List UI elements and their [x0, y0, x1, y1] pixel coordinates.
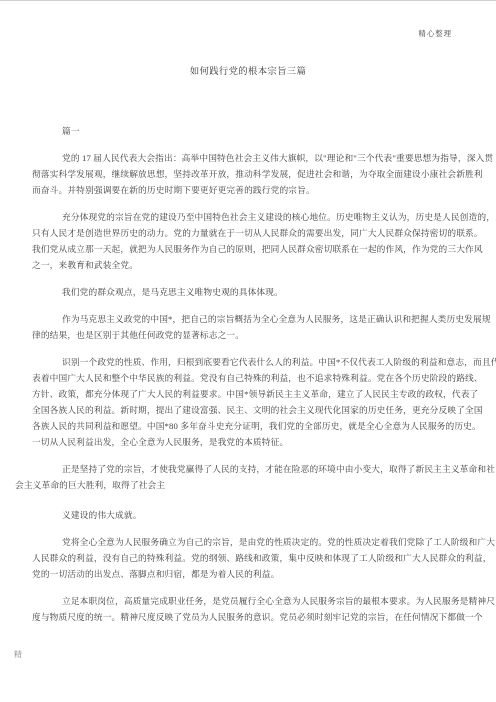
text-line: 充分体现党的宗旨在党的建设乃至中国特色社会主义建设的核心地位。历史唯物主义认为，…: [32, 209, 464, 225]
page-header: 精心整理: [0, 1, 496, 39]
text-line: 只有人民才是创造世界历史的动力。党的力量就在于一切从人民群众的需要出发，同广大人…: [32, 225, 464, 241]
footer-fragment: 精: [14, 649, 22, 660]
paragraph: 充分体现党的宗旨在党的建设乃至中国特色社会主义建设的核心地位。历史唯物主义认为，…: [32, 209, 464, 273]
paragraph: 立足本职岗位，高质量完成职业任务，是党员履行全心全意为人民服务宗旨的最根本要求。…: [32, 593, 464, 625]
page-title: 如何践行党的根本宗旨三篇: [0, 63, 496, 77]
document-page: 精心整理 如何践行党的根本宗旨三篇 篇一党的 17 届人民代表大会指出：高举中国…: [0, 0, 496, 702]
paragraph: 正是坚持了党的宗旨，才使我党赢得了人民的支持，才能在险恶的环境中由小变大，取得了…: [32, 461, 464, 493]
text-line: 人民群众的利益，没有自己的特殊利益。党的纲领、路线和政策，集中反映和体现了工人阶…: [32, 550, 464, 566]
text-line: 党的一切活动的出发点、落脚点和归宿，都是为着人民的利益。: [32, 566, 464, 582]
text-line: 识别一个政党的性质、作用，归根到底要看它代表什么人的利益。中国*不仅代表工人阶级…: [32, 354, 464, 370]
text-line: 度与物质尺度的统一。精神尺度反映了党员为人民服务的意识。党员必须时刻牢记党的宗旨…: [32, 609, 464, 625]
text-line: 一切从人民利益出发，全心全意为人民服务，是我党的本质特征。: [32, 434, 464, 450]
text-line: 正是坚持了党的宗旨，才使我党赢得了人民的支持，才能在险恶的环境中由小变大，取得了…: [32, 461, 464, 477]
document-body: 篇一党的 17 届人民代表大会指出：高举中国特色社会主义伟大旗帜，以"理论和"三…: [32, 123, 464, 625]
paragraph: 我们党的群众观点，是马克思主义唯物史观的具体体现。: [32, 284, 464, 300]
text-line: 作为马克思主义政党的中国*，把自己的宗旨概括为全心全意为人民服务，这是正确认识和…: [32, 311, 464, 327]
text-line: 会主义革命的巨大胜利，取得了社会主: [15, 477, 464, 493]
text-line: 我们党的群众观点，是马克思主义唯物史观的具体体现。: [32, 284, 464, 300]
text-line: 党将全心全意为人民服务确立为自己的宗旨，是由党的性质决定的。党的性质决定着我们党…: [32, 534, 464, 550]
section-heading: 篇一: [32, 123, 464, 139]
text-line: 全国各族人民的利益。新时期，提出了建设富强、民主、文明的社会主义现代化国家的历史…: [32, 402, 464, 418]
paragraph: 党将全心全意为人民服务确立为自己的宗旨，是由党的性质决定的。党的性质决定着我们党…: [32, 534, 464, 582]
paragraph: 作为马克思主义政党的中国*，把自己的宗旨概括为全心全意为人民服务，这是正确认识和…: [32, 311, 464, 343]
text-line: 义建设的伟大成就。: [32, 507, 464, 523]
text-line: 彻落实科学发展观，继续解放思想，坚持改革开放，推动科学发展，促进社会和谐，为夺取…: [32, 166, 464, 182]
paragraph: 识别一个政党的性质、作用，归根到底要看它代表什么人的利益。中国*不仅代表工人阶级…: [32, 354, 464, 450]
paragraph: 党的 17 届人民代表大会指出：高举中国特色社会主义伟大旗帜，以"理论和"三个代…: [32, 150, 464, 198]
paragraph: 义建设的伟大成就。: [32, 507, 464, 523]
text-line: 而奋斗。并特别强调要在新的历史时期下要更好更完善的践行党的宗旨。: [32, 182, 464, 198]
text-line: 方针、政策，都充分体现了广大人民的利益要求。中国*领导新民主主义革命，建立了人民…: [32, 386, 464, 402]
header-watermark: 精心整理: [418, 29, 452, 38]
text-line: 表着中国广大人民和整个中华民族的利益。党没有自己特殊的利益，也不追求特殊利益。党…: [32, 370, 464, 386]
text-line: 立足本职岗位，高质量完成职业任务，是党员履行全心全意为人民服务宗旨的最根本要求。…: [32, 593, 464, 609]
text-line: 律的结果，也是区别于其他任何政党的显著标志之一。: [32, 327, 464, 343]
text-line: 之一，来教育和武装全党。: [32, 257, 464, 273]
text-line: 党的 17 届人民代表大会指出：高举中国特色社会主义伟大旗帜，以"理论和"三个代…: [32, 150, 464, 166]
text-line: 各族人民的共同利益和愿望。中国*80 多年奋斗史充分证明，我们党的全部历史，就是…: [32, 418, 464, 434]
text-line: 我们党从成立那一天起，就把为人民服务作为自己的原则，把同人民群众密切联系在一起的…: [32, 241, 464, 257]
text-line: 篇一: [32, 123, 464, 139]
